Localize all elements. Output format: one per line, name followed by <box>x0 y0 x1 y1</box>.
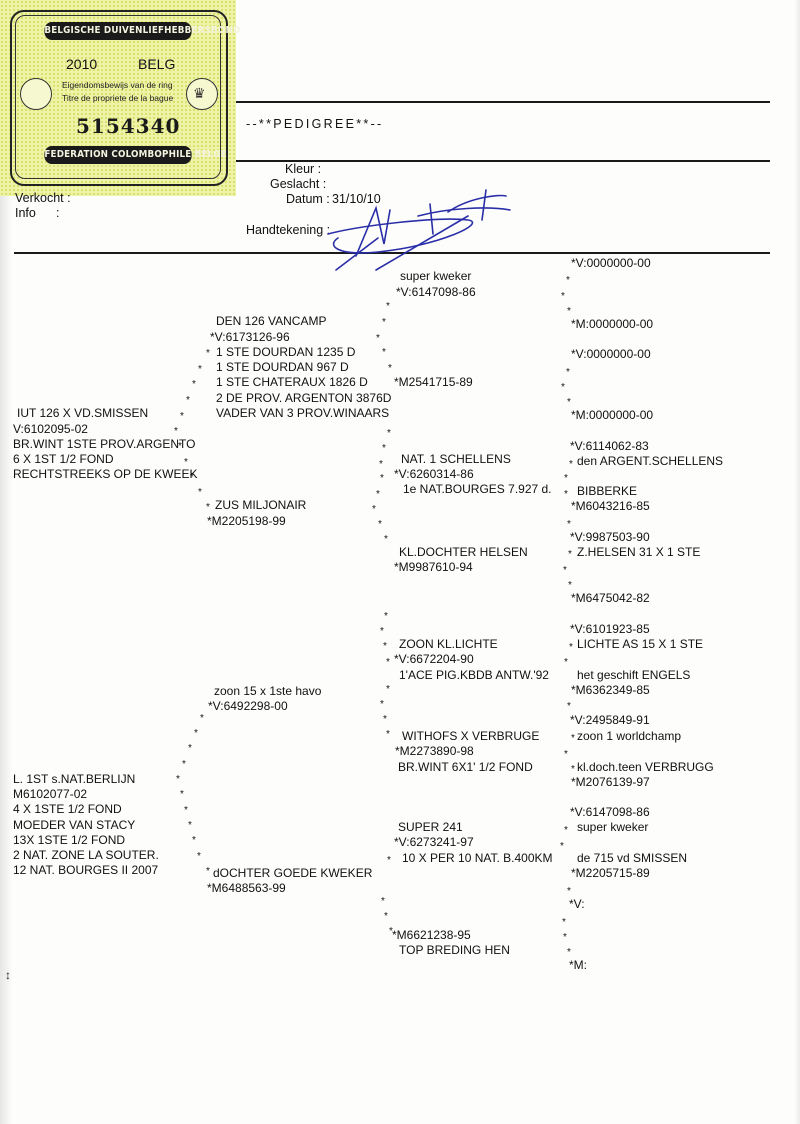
gen3-line: WITHOFS X VERBRUGE <box>402 729 539 743</box>
connector-star: * <box>384 612 388 622</box>
connector-star: * <box>571 734 575 744</box>
gen3-line: BR.WINT 6X1' 1/2 FOND <box>398 760 533 774</box>
crown-medallion-icon: ♛ <box>186 78 218 110</box>
connector-star: * <box>192 380 196 390</box>
dam-subject-line: 4 X 1STE 1/2 FOND <box>13 802 122 816</box>
connector-star: * <box>180 790 184 800</box>
connector-star: * <box>184 806 188 816</box>
connector-star: * <box>384 535 388 545</box>
connector-star: * <box>388 364 392 374</box>
gen4-line: *V:6114062-83 <box>570 439 649 453</box>
connector-star: * <box>192 836 196 846</box>
gen3-line: *M6621238-95 <box>392 928 471 942</box>
dam-dam-line: *M6488563-99 <box>207 881 286 895</box>
connector-star: * <box>200 714 204 724</box>
connector-star: * <box>571 765 575 775</box>
connector-star: * <box>561 383 565 393</box>
gen4-line: super kweker <box>577 820 648 834</box>
connector-star: * <box>389 927 393 937</box>
connector-star: * <box>178 442 182 452</box>
gen4-line: *M: <box>569 958 587 972</box>
connector-star: * <box>382 318 386 328</box>
header-rule-top <box>236 101 770 103</box>
gen4-line: *M2076139-97 <box>571 775 650 789</box>
connector-star: * <box>182 760 186 770</box>
connector-star: * <box>566 276 570 286</box>
sire-sire-line: 2 DE PROV. ARGENTON 3876D <box>216 391 391 405</box>
gen4-line: LICHTE AS 15 X 1 STE <box>577 637 703 651</box>
subject-line: 6 X 1ST 1/2 FOND <box>13 452 113 466</box>
gen4-line: zoon 1 worldchamp <box>577 729 681 743</box>
connector-star: * <box>564 826 568 836</box>
dam-sire-line: zoon 15 x 1ste havo <box>214 684 321 698</box>
subject-line: IUT 126 X VD.SMISSEN <box>17 406 148 420</box>
connector-star: * <box>174 427 178 437</box>
connector-star: * <box>384 912 388 922</box>
connector-star: * <box>562 918 566 928</box>
connector-star: * <box>564 658 568 668</box>
gen3-line: *V:6260314-86 <box>394 467 474 481</box>
connector-star: * <box>564 490 568 500</box>
federation-nl-banner: BELGISCHE DUIVENLIEFHEBBERSBOND <box>44 22 191 40</box>
gen4-line: het geschift ENGELS <box>577 668 690 682</box>
dam-subject-line: 13X 1STE 1/2 FOND <box>13 833 125 847</box>
ownership-text-nl: Eigendomsbewijs van de ring <box>62 80 173 90</box>
gen3-line: 10 X PER 10 NAT. B.400KM <box>402 851 553 865</box>
connector-star: * <box>386 302 390 312</box>
signature-icon <box>318 186 518 272</box>
connector-star: * <box>386 730 390 740</box>
connector-star: * <box>206 867 210 877</box>
subject-line: RECHTSTREEKS OP DE KWEEK <box>13 467 197 481</box>
ring-medallion-icon <box>20 78 52 110</box>
gen4-line: *M:0000000-00 <box>571 408 653 422</box>
connector-star: * <box>376 334 380 344</box>
sire-sire-line: VADER VAN 3 PROV.WINAARS <box>216 406 389 420</box>
connector-star: * <box>569 460 573 470</box>
gen3-line: super kweker <box>400 269 471 283</box>
gen4-line: *V:6101923-85 <box>570 622 650 636</box>
connector-star: * <box>206 349 210 359</box>
gen4-line: *M6362349-85 <box>571 683 650 697</box>
connector-star: * <box>188 744 192 754</box>
subject-line: V:6102095-02 <box>13 422 88 436</box>
connector-star: * <box>567 887 571 897</box>
connector-star: * <box>567 702 571 712</box>
gen4-line: *M2205715-89 <box>571 866 650 880</box>
gen4-line: *V:2495849-91 <box>570 713 650 727</box>
gen4-line: *M:0000000-00 <box>571 317 653 331</box>
ownership-text-fr: Titre de propriete de la bague <box>62 93 173 103</box>
connector-star: * <box>383 642 387 652</box>
sire-sire-line: 1 STE DOURDAN 1235 D <box>216 345 355 359</box>
info-colon: : <box>56 206 59 220</box>
gen3-line: ZOON KL.LICHTE <box>399 637 498 651</box>
connector-star: * <box>198 365 202 375</box>
scan-edge-shadow-right <box>794 0 800 1124</box>
dam-subject-line: L. 1ST s.NAT.BERLIJN <box>13 772 135 786</box>
dam-subject-line: 2 NAT. ZONE LA SOUTER. <box>13 848 159 862</box>
gen3-line: NAT. 1 SCHELLENS <box>401 452 511 466</box>
gen4-line: *V:9987503-90 <box>570 530 650 544</box>
connector-star: * <box>568 550 572 560</box>
connector-star: * <box>206 503 210 513</box>
gen3-line: *V:6147098-86 <box>396 285 476 299</box>
dam-dam-line: dOCHTER GOEDE KWEKER <box>213 866 372 880</box>
page-title: --**PEDIGREE**-- <box>246 117 384 131</box>
gen4-line: *V:0000000-00 <box>571 256 651 270</box>
connector-star: * <box>563 566 567 576</box>
gen3-line: *V:6672204-90 <box>394 652 474 666</box>
connector-star: * <box>379 460 383 470</box>
connector-star: * <box>387 429 391 439</box>
connector-star: * <box>190 473 194 483</box>
gen3-line: *M9987610-94 <box>394 560 473 574</box>
gen4-line: *M6043216-85 <box>571 499 650 513</box>
gen4-line: *V: <box>569 897 585 911</box>
connector-star: * <box>376 490 380 500</box>
gen4-line: *M6475042-82 <box>571 591 650 605</box>
connector-star: * <box>180 412 184 422</box>
gen4-line: Z.HELSEN 31 X 1 STE <box>577 545 700 559</box>
federation-fr-banner: FEDERATION COLOMBOPHILE BELGE <box>44 146 191 164</box>
sire-dam-line: ZUS MILJONAIR <box>215 498 306 512</box>
connector-star: * <box>176 775 180 785</box>
sire-sire-line: *V:6173126-96 <box>210 330 290 344</box>
gen4-line: *V:6147098-86 <box>570 805 650 819</box>
info-label: Info <box>15 206 36 220</box>
connector-star: * <box>382 348 386 358</box>
connector-star: * <box>380 700 384 710</box>
connector-star: * <box>372 505 376 515</box>
gen3-line: TOP BREDING HEN <box>399 943 510 957</box>
ring-number: 5154340 <box>76 114 180 138</box>
connector-star: * <box>386 685 390 695</box>
gen3-line: SUPER 241 <box>398 820 463 834</box>
connector-star: * <box>197 852 201 862</box>
connector-star: * <box>567 398 571 408</box>
connector-star: * <box>567 307 571 317</box>
connector-star: * <box>564 750 568 760</box>
gen4-line: *V:0000000-00 <box>571 347 651 361</box>
connector-star: * <box>567 948 571 958</box>
connector-star: * <box>568 581 572 591</box>
connector-star: * <box>186 396 190 406</box>
dam-subject-line: M6102077-02 <box>13 787 87 801</box>
gen3-line: *V:6273241-97 <box>394 835 474 849</box>
connector-star: * <box>378 520 382 530</box>
ring-certificate: BELGISCHE DUIVENLIEFHEBBERSBOND ♛ 2010 B… <box>0 0 236 196</box>
gen4-line: de 715 vd SMISSEN <box>577 851 687 865</box>
connector-star: * <box>563 933 567 943</box>
verkocht-label: Verkocht : <box>15 191 71 205</box>
dam-sire-line: *V:6492298-00 <box>208 699 288 713</box>
connector-star: * <box>380 627 384 637</box>
sire-dam-line: *M2205198-99 <box>207 514 286 528</box>
connector-star: * <box>380 474 384 484</box>
sire-sire-line: 1 STE DOURDAN 967 D <box>216 360 349 374</box>
ring-year: 2010 <box>66 56 97 72</box>
connector-star: * <box>387 856 391 866</box>
connector-star: * <box>184 458 188 468</box>
sire-sire-line: DEN 126 VANCAMP <box>216 314 326 328</box>
dam-subject-line: 12 NAT. BOURGES II 2007 <box>13 863 158 877</box>
gen4-line: den ARGENT.SCHELLENS <box>577 454 723 468</box>
ring-country: BELG <box>138 56 175 72</box>
kleur-label: Kleur : <box>285 162 321 176</box>
gen4-line: BIBBERKE <box>577 484 637 498</box>
gen3-line: *M2273890-98 <box>395 744 474 758</box>
connector-star: * <box>198 488 202 498</box>
connector-star: * <box>386 658 390 668</box>
gen3-line: 1e NAT.BOURGES 7.927 d. <box>403 482 552 496</box>
connector-star: * <box>567 520 571 530</box>
dam-subject-line: MOEDER VAN STACY <box>13 818 135 832</box>
text-cursor-icon: ↕ <box>5 968 11 982</box>
subject-line: BR.WINT 1STE PROV.ARGENTO <box>13 437 195 451</box>
connector-star: * <box>569 643 573 653</box>
connector-star: * <box>566 368 570 378</box>
connector-star: * <box>564 474 568 484</box>
gen3-line: 1'ACE PIG.KBDB ANTW.'92 <box>399 668 549 682</box>
connector-star: * <box>560 842 564 852</box>
gen3-line: *M2541715-89 <box>394 375 473 389</box>
connector-star: * <box>194 729 198 739</box>
connector-star: * <box>188 821 192 831</box>
connector-star: * <box>382 444 386 454</box>
connector-star: * <box>381 897 385 907</box>
connector-star: * <box>561 292 565 302</box>
gen3-line: KL.DOCHTER HELSEN <box>399 545 528 559</box>
crown-icon: ♛ <box>193 85 206 102</box>
connector-star: * <box>383 715 387 725</box>
gen4-line: kl.doch.teen VERBRUGG <box>577 760 714 774</box>
sire-sire-line: 1 STE CHATERAUX 1826 D <box>216 375 368 389</box>
